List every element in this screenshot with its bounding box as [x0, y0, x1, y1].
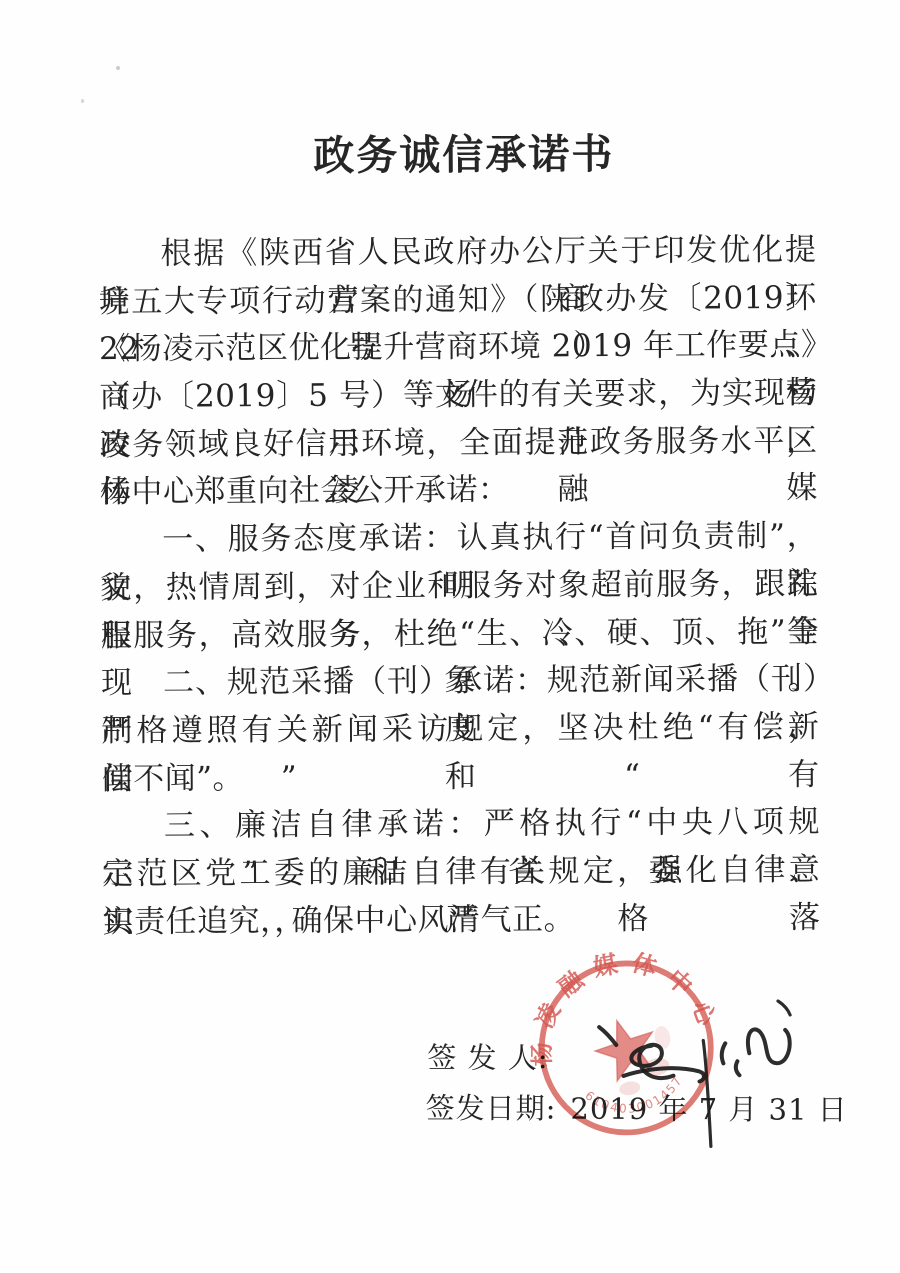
scanned-document-page: 政务诚信承诺书 根据《陕西省人民政府办公厅关于印发优化提升营商环 境五大专项行动…: [0, 0, 900, 1273]
body-line: 商办〔2019〕5 号）等文件的有关要求，为实现杨凌示范区: [99, 370, 817, 422]
body-line: 严格遵照有关新闻采访规定，坚决杜绝“有偿新闻”和“有: [101, 704, 819, 756]
body-line: 政务领域良好信用环境，全面提升政务服务水平，杨凌融媒: [99, 418, 817, 470]
page-title: 政务诚信承诺书: [14, 119, 900, 183]
body-line: 根据《陕西省人民政府办公厅关于印发优化提升营商环: [98, 227, 816, 279]
body-line: 示范区党工委的廉洁自律有关规定，强化自律意识，严格落: [102, 847, 820, 899]
body-line: 程服务，高效服务，杜绝“生、冷、硬、顶、拖”等现象。: [101, 608, 819, 660]
scan-speck: [116, 66, 120, 70]
body-line: 境五大专项行动方案的通知》（陕政办发〔2019〕22 号）、: [99, 274, 817, 326]
body-line: 一、服务态度承诺：认真执行“首问负责制”，文明礼: [100, 513, 818, 565]
handwritten-signature: [573, 983, 804, 1154]
body-line: 貌，热情周到，对企业和服务对象超前服务，跟踪服务、全: [100, 561, 818, 613]
body-line: 《杨凌示范区优化提升营商环境 2019 年工作要点》（杨营: [99, 322, 817, 374]
document-content: 政务诚信承诺书 根据《陕西省人民政府办公厅关于印发优化提升营商环 境五大专项行动…: [0, 0, 900, 1273]
document-body: 根据《陕西省人民政府办公厅关于印发优化提升营商环 境五大专项行动方案的通知》（陕…: [98, 227, 820, 947]
body-line: 二、规范采播（刊）承诺：规范新闻采播（刊）制度，: [101, 656, 819, 708]
body-line: 三、廉洁自律承诺：严格执行“中央八项规定”和省委、: [102, 799, 820, 851]
scan-speck: [81, 99, 84, 103]
